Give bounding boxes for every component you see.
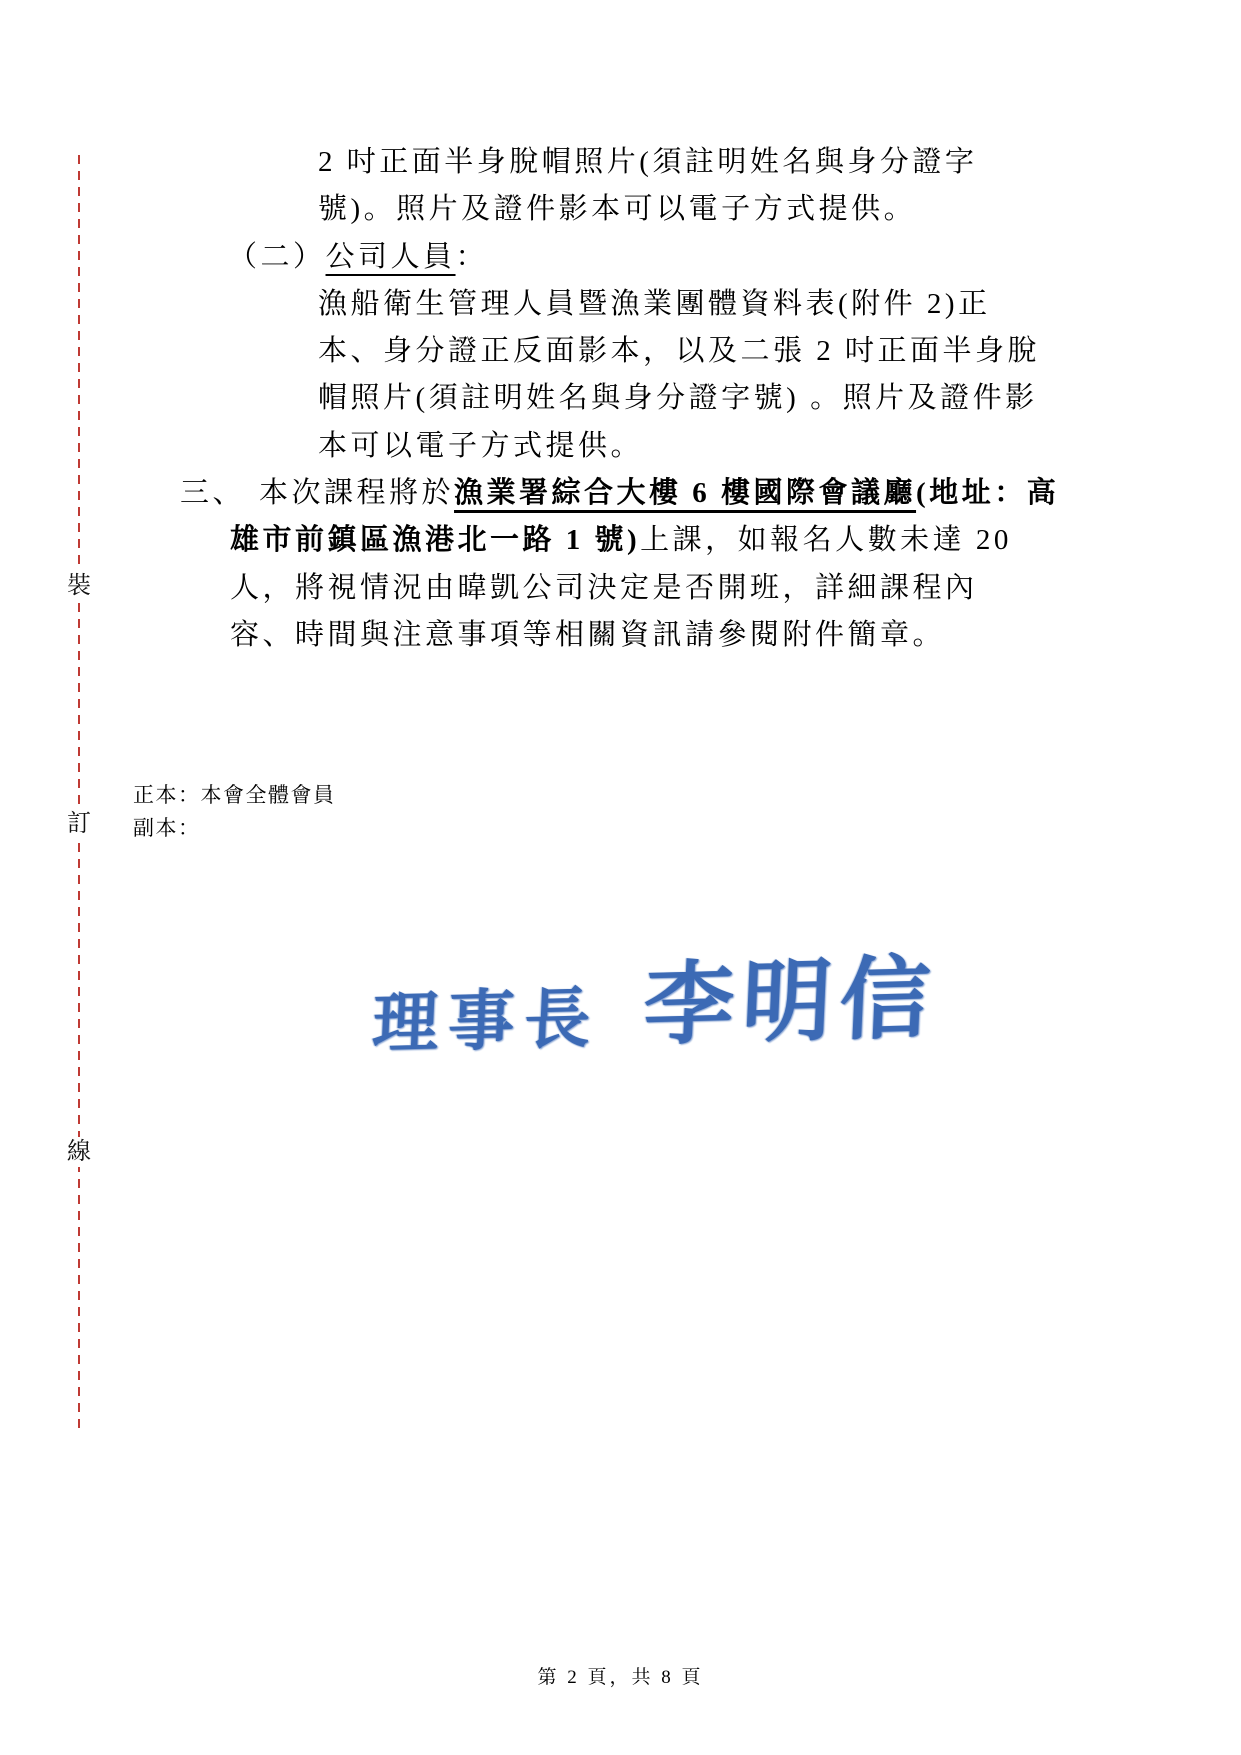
item3-label: 三、 <box>180 470 245 517</box>
item3-venue-emphasis: 漁業署綜合大樓 6 樓國際會議廳 <box>454 477 916 509</box>
item2-heading: 公司人員 <box>326 241 456 273</box>
binding-label-xian: 線 <box>63 1137 95 1167</box>
item2-body-line-3: 帽照片(須註明姓名與身分證字號) 。照片及證件影 <box>318 375 1040 422</box>
item3-line-4: 容、時間與注意事項等相關資訊請參閱附件簡章。 <box>230 612 1040 659</box>
item3-line2-rest: 上課，如報名人數未達 20 <box>640 524 1012 556</box>
binding-label-ding: 訂 <box>63 809 95 839</box>
item2-heading-line: （二）公司人員： <box>228 234 1040 281</box>
document-body: 2 吋正面半身脫帽照片(須註明姓名與身分證字 號)。照片及證件影本可以電子方式提… <box>180 139 1040 659</box>
chairman-signature-stamp: 理事長 李明信 <box>371 955 939 1060</box>
item3-address-bold: 雄市前鎮區漁港北一路 1 號) <box>230 524 640 556</box>
recipient-copy: 副本： <box>133 812 336 845</box>
item3-line-3: 人，將視情況由暐凱公司決定是否開班，詳細課程內 <box>230 565 1040 612</box>
item2-label: （二） <box>228 241 326 273</box>
item2-body-line-1: 漁船衛生管理人員暨漁業團體資料表(附件 2)正 <box>318 281 1040 328</box>
item3-line-1: 三、本次課程將於漁業署綜合大樓 6 樓國際會議廳(地址：高 <box>180 470 1040 517</box>
stamp-title: 理事長 <box>371 984 602 1059</box>
item3-line1-bold-tail: (地址：高 <box>916 477 1059 509</box>
item2-body-line-2: 本、身分證正反面影本，以及二張 2 吋正面半身脫 <box>318 328 1040 375</box>
document-page: 裝 訂 線 2 吋正面半身脫帽照片(須註明姓名與身分證字 號)。照片及證件影本可… <box>0 0 1241 1755</box>
page-number: 第 2 頁，共 8 頁 <box>0 1662 1241 1689</box>
item2-body-line-4: 本可以電子方式提供。 <box>318 423 1040 470</box>
item3-line1-pre: 本次課程將於 <box>259 477 454 509</box>
recipient-original: 正本：本會全體會員 <box>133 779 336 812</box>
item2-heading-colon: ： <box>456 241 489 273</box>
item3-line-2: 雄市前鎮區漁港北一路 1 號)上課，如報名人數未達 20 <box>230 517 1040 564</box>
intro-line-2: 號)。照片及證件影本可以電子方式提供。 <box>318 186 1040 233</box>
binding-label-zhuang: 裝 <box>63 571 95 601</box>
binding-dashed-line <box>78 155 80 1435</box>
stamp-name: 李明信 <box>642 955 940 1053</box>
intro-line-1: 2 吋正面半身脫帽照片(須註明姓名與身分證字 <box>318 139 1040 186</box>
recipients-block: 正本：本會全體會員 副本： <box>133 779 336 845</box>
